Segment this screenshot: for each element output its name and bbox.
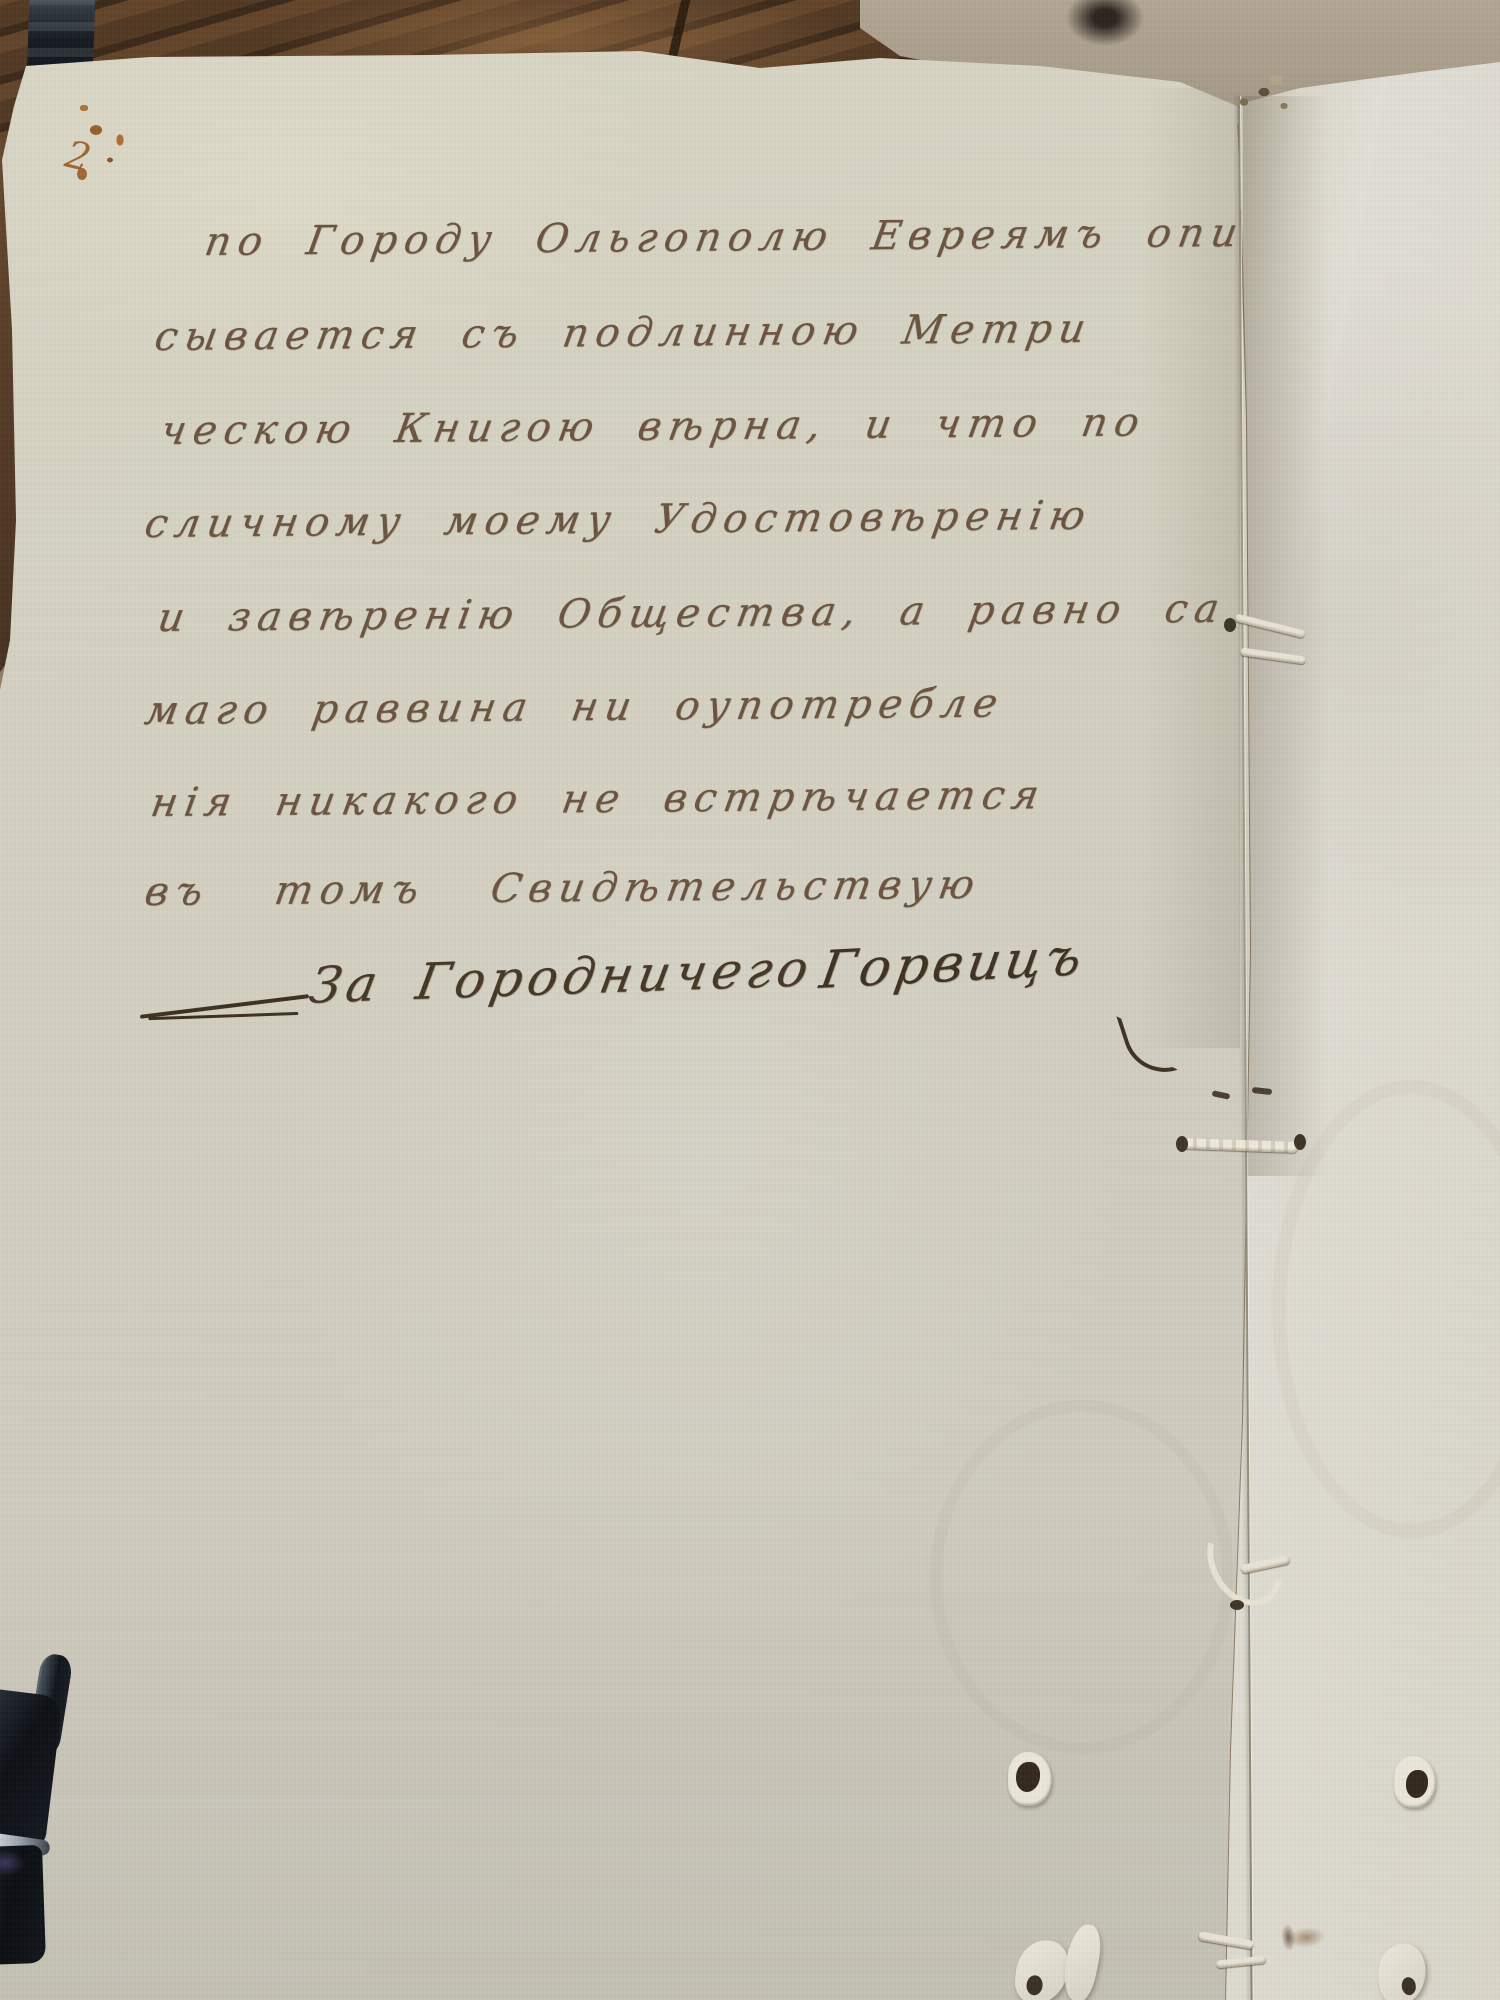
- handwriting-line: и завѣренію Общества, а равно са: [155, 589, 1229, 638]
- binder-clip-upper-body: [0, 1688, 63, 1848]
- handwriting-line: маго раввина ни оупотребле: [142, 684, 1007, 731]
- worm-hole: [1394, 1756, 1436, 1808]
- gutter-shadow: [1243, 96, 1329, 1176]
- stitch-hole: [1294, 1134, 1306, 1150]
- stitch-hole: [1176, 1136, 1188, 1152]
- crease-tear: [1254, 1892, 1347, 1975]
- signature-name: Горвицъ: [816, 927, 1090, 1001]
- photo-of-archival-document: 2 по Городу Ольгополю Евреямъ опи сывает…: [0, 0, 1500, 2000]
- signature-flourish: [139, 994, 320, 1030]
- gutter-top-debris: [1230, 70, 1310, 122]
- stitch-hole: [1224, 618, 1236, 632]
- binder-clip-sheen: [0, 1850, 26, 1876]
- handwriting-line: нія никакого не встрѣчается: [148, 775, 1049, 823]
- binder-clip: [0, 1646, 102, 1976]
- handwriting-line: по Городу Ольгополю Евреямъ опи: [202, 213, 1247, 262]
- signature-title: За Городничего: [305, 939, 818, 1014]
- handwriting-line: ческою Книгою вѣрна, и что по: [158, 402, 1149, 451]
- handwriting-line: сывается съ подлинною Метри: [152, 309, 1095, 357]
- rust-stain: 2: [58, 96, 148, 196]
- handwriting-line: сличному моему Удостовѣренію: [142, 496, 1095, 544]
- background-dark-spot: [1066, 0, 1144, 46]
- worm-hole: [1008, 1752, 1052, 1806]
- handwriting-line: въ томъ Свидѣтельствую: [142, 865, 984, 912]
- stitch-hole: [1230, 1600, 1244, 1610]
- faint-ring-mark: [930, 1400, 1234, 1754]
